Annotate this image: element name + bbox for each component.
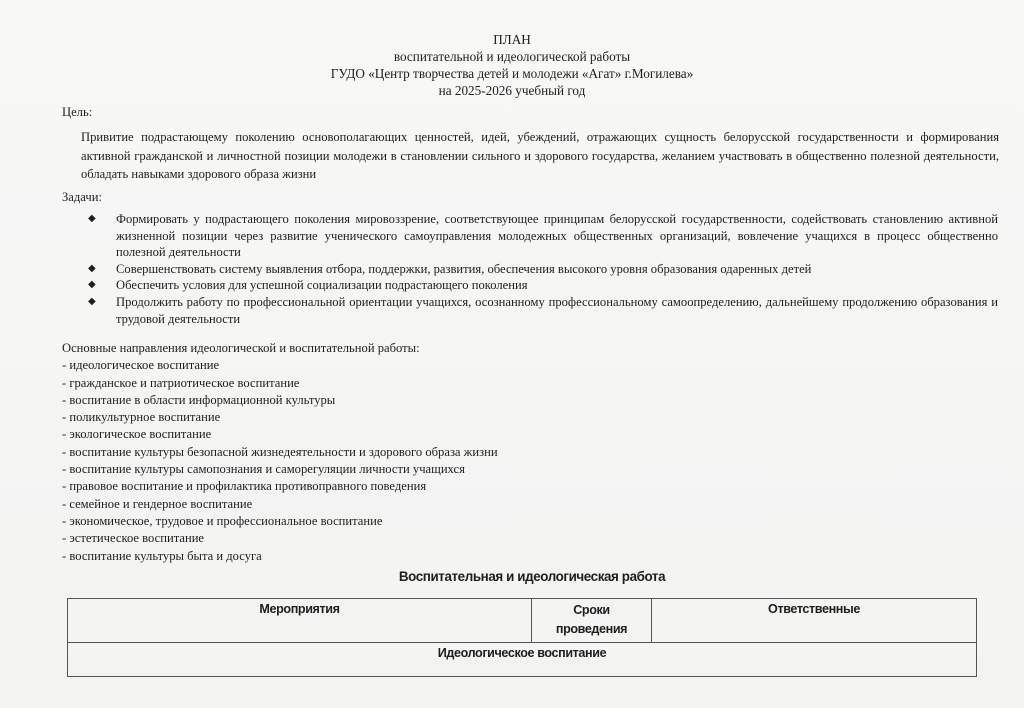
task-item: ◆ Продолжить работу по профессиональной … [88,294,998,327]
task-item: ◆ Совершенствовать систему выявления отб… [88,261,998,278]
column-header-events: Мероприятия [68,599,532,643]
diamond-bullet-icon: ◆ [88,261,96,278]
goal-label: Цель: [62,104,92,120]
column-header-dates: Сроки проведения [532,599,652,643]
group-heading-ideological: Идеологическое воспитание [68,643,977,677]
direction-item: - правовое воспитание и профилактика про… [62,478,498,495]
document-header: ПЛАН воспитательной и идеологической раб… [0,31,1024,99]
academic-year: на 2025-2026 учебный год [0,82,1024,99]
dates-header-line1: Сроки [532,601,651,620]
organization-name: ГУДО «Центр творчества детей и молодежи … [0,65,1024,82]
diamond-bullet-icon: ◆ [88,211,96,228]
direction-item: - экономическое, трудовое и профессионал… [62,513,498,530]
section-title: Воспитательная и идеологическая работа [0,569,1024,584]
direction-item: - идеологическое воспитание [62,357,498,374]
task-text: Совершенствовать систему выявления отбор… [116,262,811,276]
direction-item: - воспитание культуры безопасной жизнеде… [62,444,498,461]
direction-item: - семейное и гендерное воспитание [62,496,498,513]
direction-item: - воспитание в области информационной ку… [62,392,498,409]
task-text: Обеспечить условия для успешной социализ… [116,278,528,292]
table-header-row: Мероприятия Сроки проведения Ответственн… [68,599,977,643]
direction-item: - экологическое воспитание [62,426,498,443]
direction-item: - воспитание культуры самопознания и сам… [62,461,498,478]
directions-list: - идеологическое воспитание - гражданско… [62,357,498,565]
document-page: ПЛАН воспитательной и идеологической раб… [0,0,1024,708]
direction-item: - поликультурное воспитание [62,409,498,426]
task-item: ◆ Обеспечить условия для успешной социал… [88,277,998,294]
directions-block: Основные направления идеологической и во… [62,340,498,565]
task-text: Продолжить работу по профессиональной ор… [116,295,998,326]
table-group-row: Идеологическое воспитание [68,643,977,677]
direction-item: - эстетическое воспитание [62,530,498,547]
tasks-list: ◆ Формировать у подрастающего поколения … [88,211,998,327]
plan-table: Мероприятия Сроки проведения Ответственн… [67,598,977,677]
diamond-bullet-icon: ◆ [88,277,96,294]
direction-item: - воспитание культуры быта и досуга [62,548,498,565]
plan-subtitle: воспитательной и идеологической работы [0,48,1024,65]
goal-text: Привитие подрастающему поколению основоп… [81,128,999,184]
directions-title: Основные направления идеологической и во… [62,340,498,357]
tasks-label: Задачи: [62,189,102,205]
diamond-bullet-icon: ◆ [88,294,96,311]
direction-item: - гражданское и патриотическое воспитани… [62,375,498,392]
task-text: Формировать у подрастающего поколения ми… [116,212,998,259]
plan-title: ПЛАН [0,31,1024,48]
column-header-responsible: Ответственные [652,599,977,643]
dates-header-line2: проведения [532,620,651,639]
task-item: ◆ Формировать у подрастающего поколения … [88,211,998,261]
